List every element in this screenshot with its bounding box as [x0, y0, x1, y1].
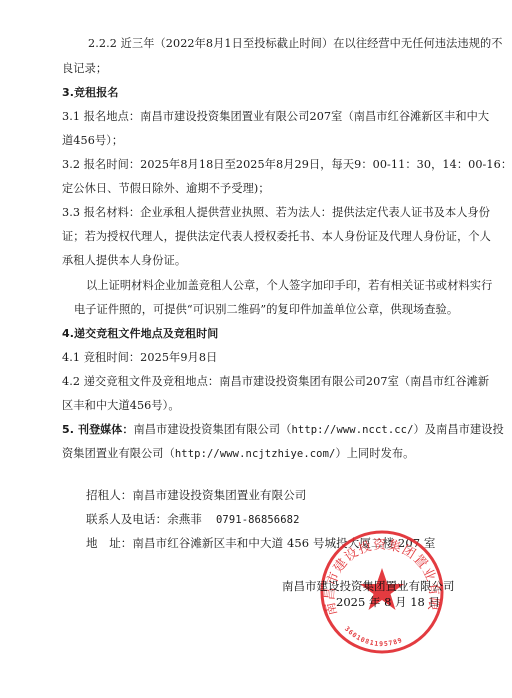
signature-company: 南昌市建设投资集团置业有限公司 [282, 578, 455, 594]
media-part3: 资集团置业有限公司（ [62, 447, 175, 460]
line-3-2: 3.2 报名时间：2025年8月18日至2025年8月29日，每天9：00-11… [62, 158, 512, 172]
media-url-ncjtzhiye[interactable]: http://www.ncjtzhiye.com/ [175, 448, 336, 460]
contact-person: 余燕菲 [167, 512, 202, 526]
line-bad-record: 良记录； [62, 62, 107, 76]
media-part4: ）上同时发布。 [335, 447, 414, 460]
line-2-2-2: 2.2.2 近三年（2022年8月1日至投标截止时间）在以往经营中无任何违法违规… [88, 37, 503, 51]
section-3-heading: 3.竞租报名 [62, 86, 118, 100]
line-4-2: 4.2 递交竞租文件及竞租地点：南昌市建设投资集团有限公司207室（南昌市红谷滩… [62, 375, 489, 389]
address-label: 地 址： [86, 536, 132, 550]
media-prefix: 5. [62, 423, 78, 436]
contact-label: 联系人及电话： [86, 512, 167, 526]
line-5-media: 5. 刊登媒体：南昌市建设投资集团有限公司（http://www.ncct.cc… [62, 423, 504, 437]
section-4-heading: 4.递交竞租文件地点及竞租时间 [62, 327, 218, 341]
signature-date: 2025 年 8 月 18 日 [336, 594, 440, 610]
media-part2: ）及南昌市建设投 [414, 423, 504, 436]
line-3-3-cont1: 证；若为授权代理人，提供法定代表人授权委托书、本人身份证及代理人身份证，个人 [62, 230, 491, 244]
line-materials-note: 以上证明材料企业加盖竞租人公章，个人签字加印手印，若有相关证书或材料实行 [86, 279, 492, 293]
line-3-1: 3.1 报名地点：南昌市建设投资集团置业有限公司207室（南昌市红谷滩新区丰和中… [62, 110, 489, 124]
media-label: 刊登媒体： [78, 423, 134, 436]
line-4-1: 4.1 竞租时间：2025年9月8日 [62, 351, 217, 365]
media-url-ncct[interactable]: http://www.ncct.cc/ [292, 424, 414, 436]
lessor-label: 招租人： [86, 488, 132, 502]
lessor-name: 南昌市建设投资集团置业有限公司 [132, 488, 306, 502]
line-4-2-cont: 区丰和中大道456号）。 [62, 399, 180, 413]
contact-phone: 0791-86856682 [216, 514, 299, 526]
media-part1: 南昌市建设投资集团有限公司（ [133, 423, 291, 436]
line-3-1-cont: 道456号）； [62, 134, 123, 148]
line-3-3: 3.3 报名材料：企业承租人提供营业执照、若为法人：提供法定代表人证书及本人身份 [62, 206, 490, 220]
line-3-3-cont2: 承租人提供本人身份证。 [62, 254, 186, 268]
line-materials-note-cont: 电子证件照的，可提供“可识别二维码”的复印件加盖单位公章，供现场查验。 [74, 303, 458, 317]
line-5-media-cont: 资集团置业有限公司（http://www.ncjtzhiye.com/）上同时发… [62, 447, 414, 461]
contact-line: 联系人及电话：余燕菲0791-86856682 [86, 512, 300, 527]
lessor-line: 招租人：南昌市建设投资集团置业有限公司 [86, 488, 306, 502]
line-3-2-cont: 定公休日、节假日除外、逾期不予受理)； [62, 182, 270, 196]
